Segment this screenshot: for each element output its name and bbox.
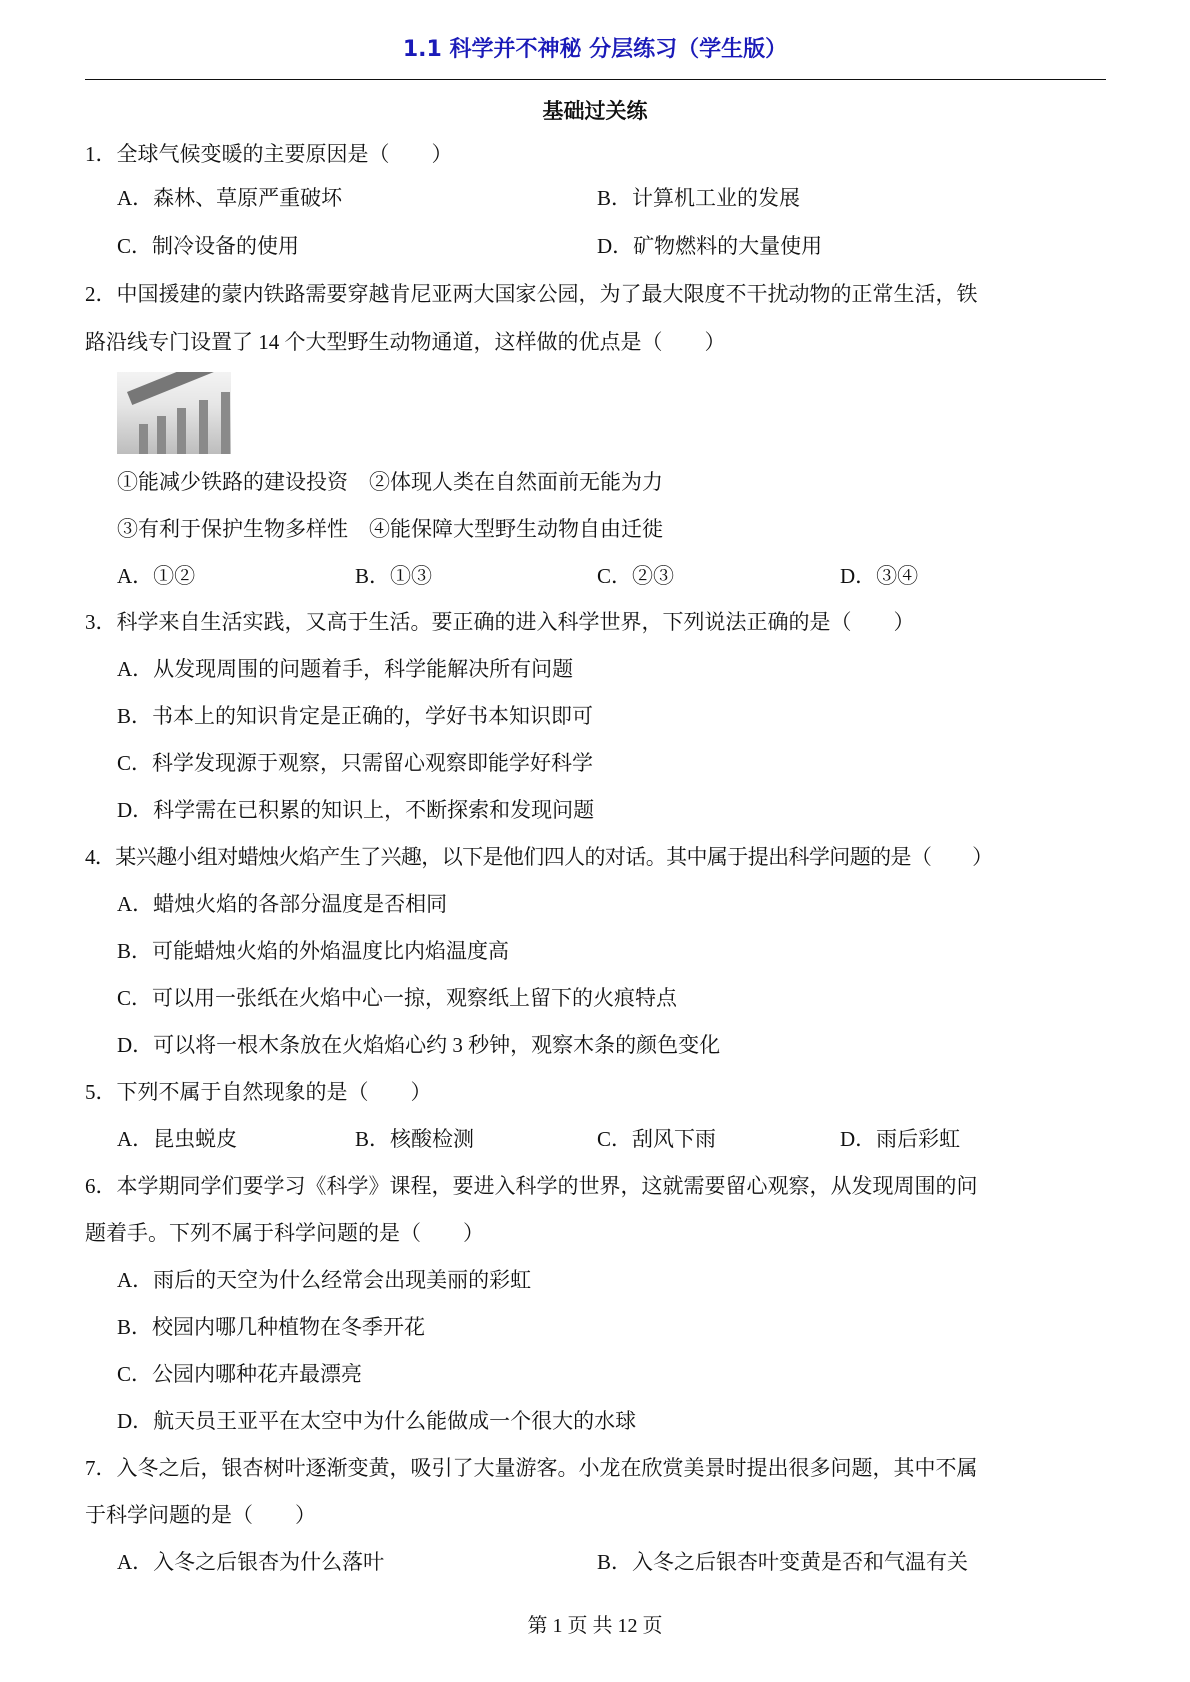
question-2-stem-line-1: 2．中国援建的蒙内铁路需要穿越肯尼亚两大国家公园，为了最大限度不干扰动物的正常生… bbox=[85, 279, 978, 309]
question-6-option-d: D．航天员王亚平在太空中为什么能做成一个很大的水球 bbox=[117, 1406, 636, 1436]
question-3-option-c: C．科学发现源于观察，只需留心观察即能学好科学 bbox=[117, 748, 593, 778]
document-title: 1.1 科学并不神秘 分层练习（学生版） bbox=[0, 32, 1190, 63]
header-divider bbox=[85, 79, 1106, 80]
question-7-stem-line-1: 7．入冬之后，银杏树叶逐渐变黄，吸引了大量游客。小龙在欣赏美景时提出很多问题，其… bbox=[85, 1453, 978, 1483]
question-3-option-b: B．书本上的知识肯定是正确的，学好书本知识即可 bbox=[117, 701, 593, 731]
question-6-stem-line-1: 6．本学期同学们要学习《科学》课程，要进入科学的世界，这就需要留心观察，从发现周… bbox=[85, 1171, 978, 1201]
question-6-option-a: A．雨后的天空为什么经常会出现美丽的彩虹 bbox=[117, 1265, 531, 1295]
question-5-option-c: C．刮风下雨 bbox=[597, 1124, 716, 1154]
question-3-option-d: D．科学需在已积累的知识上，不断探索和发现问题 bbox=[117, 795, 594, 825]
question-5-option-b: B．核酸检测 bbox=[355, 1124, 474, 1154]
question-2-option-d: D．③④ bbox=[840, 561, 918, 591]
question-5-stem: 5．下列不属于自然现象的是（ ） bbox=[85, 1077, 432, 1107]
question-7-stem-line-2: 于科学问题的是（ ） bbox=[85, 1500, 316, 1530]
question-7-option-a: A．入冬之后银杏为什么落叶 bbox=[117, 1547, 384, 1577]
question-4-option-c: C．可以用一张纸在火焰中心一掠，观察纸上留下的火痕特点 bbox=[117, 983, 677, 1013]
question-1-stem: 1．全球气候变暖的主要原因是（ ） bbox=[85, 139, 453, 169]
page-indicator: 第 1 页 共 12 页 bbox=[0, 1609, 1190, 1638]
question-2-option-b: B．①③ bbox=[355, 561, 432, 591]
question-6-option-b: B．校园内哪几种植物在冬季开花 bbox=[117, 1312, 425, 1342]
question-1-option-c: C．制冷设备的使用 bbox=[117, 231, 299, 261]
question-5-option-d: D．雨后彩虹 bbox=[840, 1124, 960, 1154]
question-2-statements-line-1: ①能减少铁路的建设投资 ②体现人类在自然面前无能为力 bbox=[117, 467, 663, 497]
question-4-option-a: A．蜡烛火焰的各部分温度是否相同 bbox=[117, 889, 447, 919]
question-7-option-b: B．入冬之后银杏叶变黄是否和气温有关 bbox=[597, 1547, 968, 1577]
question-1-option-d: D．矿物燃料的大量使用 bbox=[597, 231, 822, 261]
question-2-option-a: A．①② bbox=[117, 561, 195, 591]
question-6-stem-line-2: 题着手。下列不属于科学问题的是（ ） bbox=[85, 1218, 484, 1248]
question-1-option-b: B．计算机工业的发展 bbox=[597, 183, 800, 213]
section-heading: 基础过关练 bbox=[0, 95, 1190, 125]
question-4-stem: 4．某兴趣小组对蜡烛火焰产生了兴趣，以下是他们四人的对话。其中属于提出科学问题的… bbox=[85, 842, 993, 872]
question-5-option-a: A．昆虫蜕皮 bbox=[117, 1124, 237, 1154]
question-6-option-c: C．公园内哪种花卉最漂亮 bbox=[117, 1359, 362, 1389]
question-2-stem-line-2: 路沿线专门设置了 14 个大型野生动物通道，这样做的优点是（ ） bbox=[85, 327, 726, 357]
question-4-option-d: D．可以将一根木条放在火焰焰心约 3 秒钟，观察木条的颜色变化 bbox=[117, 1030, 720, 1060]
question-3-option-a: A．从发现周围的问题着手，科学能解决所有问题 bbox=[117, 654, 573, 684]
question-1-option-a: A．森林、草原严重破坏 bbox=[117, 183, 342, 213]
question-4-option-b: B．可能蜡烛火焰的外焰温度比内焰温度高 bbox=[117, 936, 509, 966]
question-2-statements-line-2: ③有利于保护生物多样性 ④能保障大型野生动物自由迁徙 bbox=[117, 514, 663, 544]
question-2-option-c: C．②③ bbox=[597, 561, 674, 591]
question-3-stem: 3．科学来自生活实践，又高于生活。要正确的进入科学世界，下列说法正确的是（ ） bbox=[85, 607, 915, 637]
railway-viaduct-photo bbox=[117, 372, 231, 454]
